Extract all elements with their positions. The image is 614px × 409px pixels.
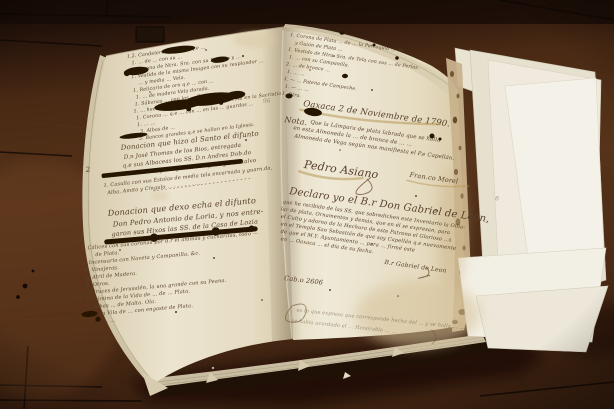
photo-scene: 1.2. Candeleros de plata q.e … 1. … de ……	[0, 0, 614, 409]
manuscript-photo: 1.2. Candeleros de plata q.e … 1. … de ……	[0, 0, 614, 409]
photo-vignette	[0, 0, 614, 409]
